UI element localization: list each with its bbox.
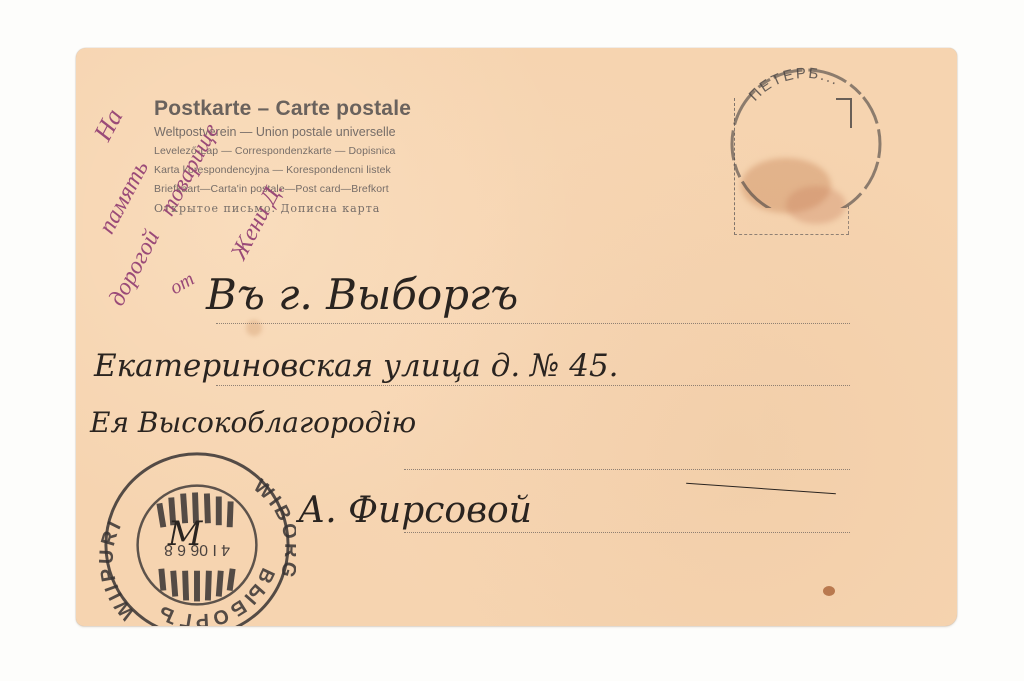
margin-note-word-3: дорогой [104, 226, 166, 311]
header-line-cyrillic: Открытое письмо. Дописна карта [154, 199, 474, 219]
address-recipient: А. Фирсовой [298, 490, 532, 531]
postmark-top-icon: ПЕТЕРБ... [722, 48, 882, 208]
address-honorific: Ея Высокоблагородію [90, 406, 416, 439]
margin-note-word-5: от [166, 268, 199, 300]
ink-spot [823, 586, 835, 596]
header-title: Postkarte – Carte postale [154, 96, 474, 122]
svg-text:WIIPURI: WIIPURI [98, 515, 139, 623]
postmark-viborg-icon: ВЫБОРГЪ WIBORG WIIPURI 4 I 06 6 8 М [98, 446, 296, 626]
header-line-languages-3: Briefkaart—Carta'in postale—Post card—Br… [154, 180, 474, 199]
address-city: Въ г. Выборгъ [206, 270, 518, 319]
svg-text:М: М [167, 514, 204, 553]
margin-note-word-2: память [94, 156, 155, 238]
postcard: Postkarte – Carte postale Weltpostverein… [76, 48, 957, 626]
address-street: Екатериновская улица д. № 45. [94, 348, 619, 384]
address-line-4-rule [404, 532, 850, 533]
address-line-2-rule [216, 385, 850, 386]
svg-text:WIBORG: WIBORG [249, 475, 296, 583]
recipient-flourish [686, 483, 836, 494]
address-line-3-rule [404, 469, 850, 470]
address-line-1-rule [216, 323, 850, 324]
margin-note-word-1: На [88, 104, 129, 146]
stamp-box-right-edge [848, 206, 849, 234]
